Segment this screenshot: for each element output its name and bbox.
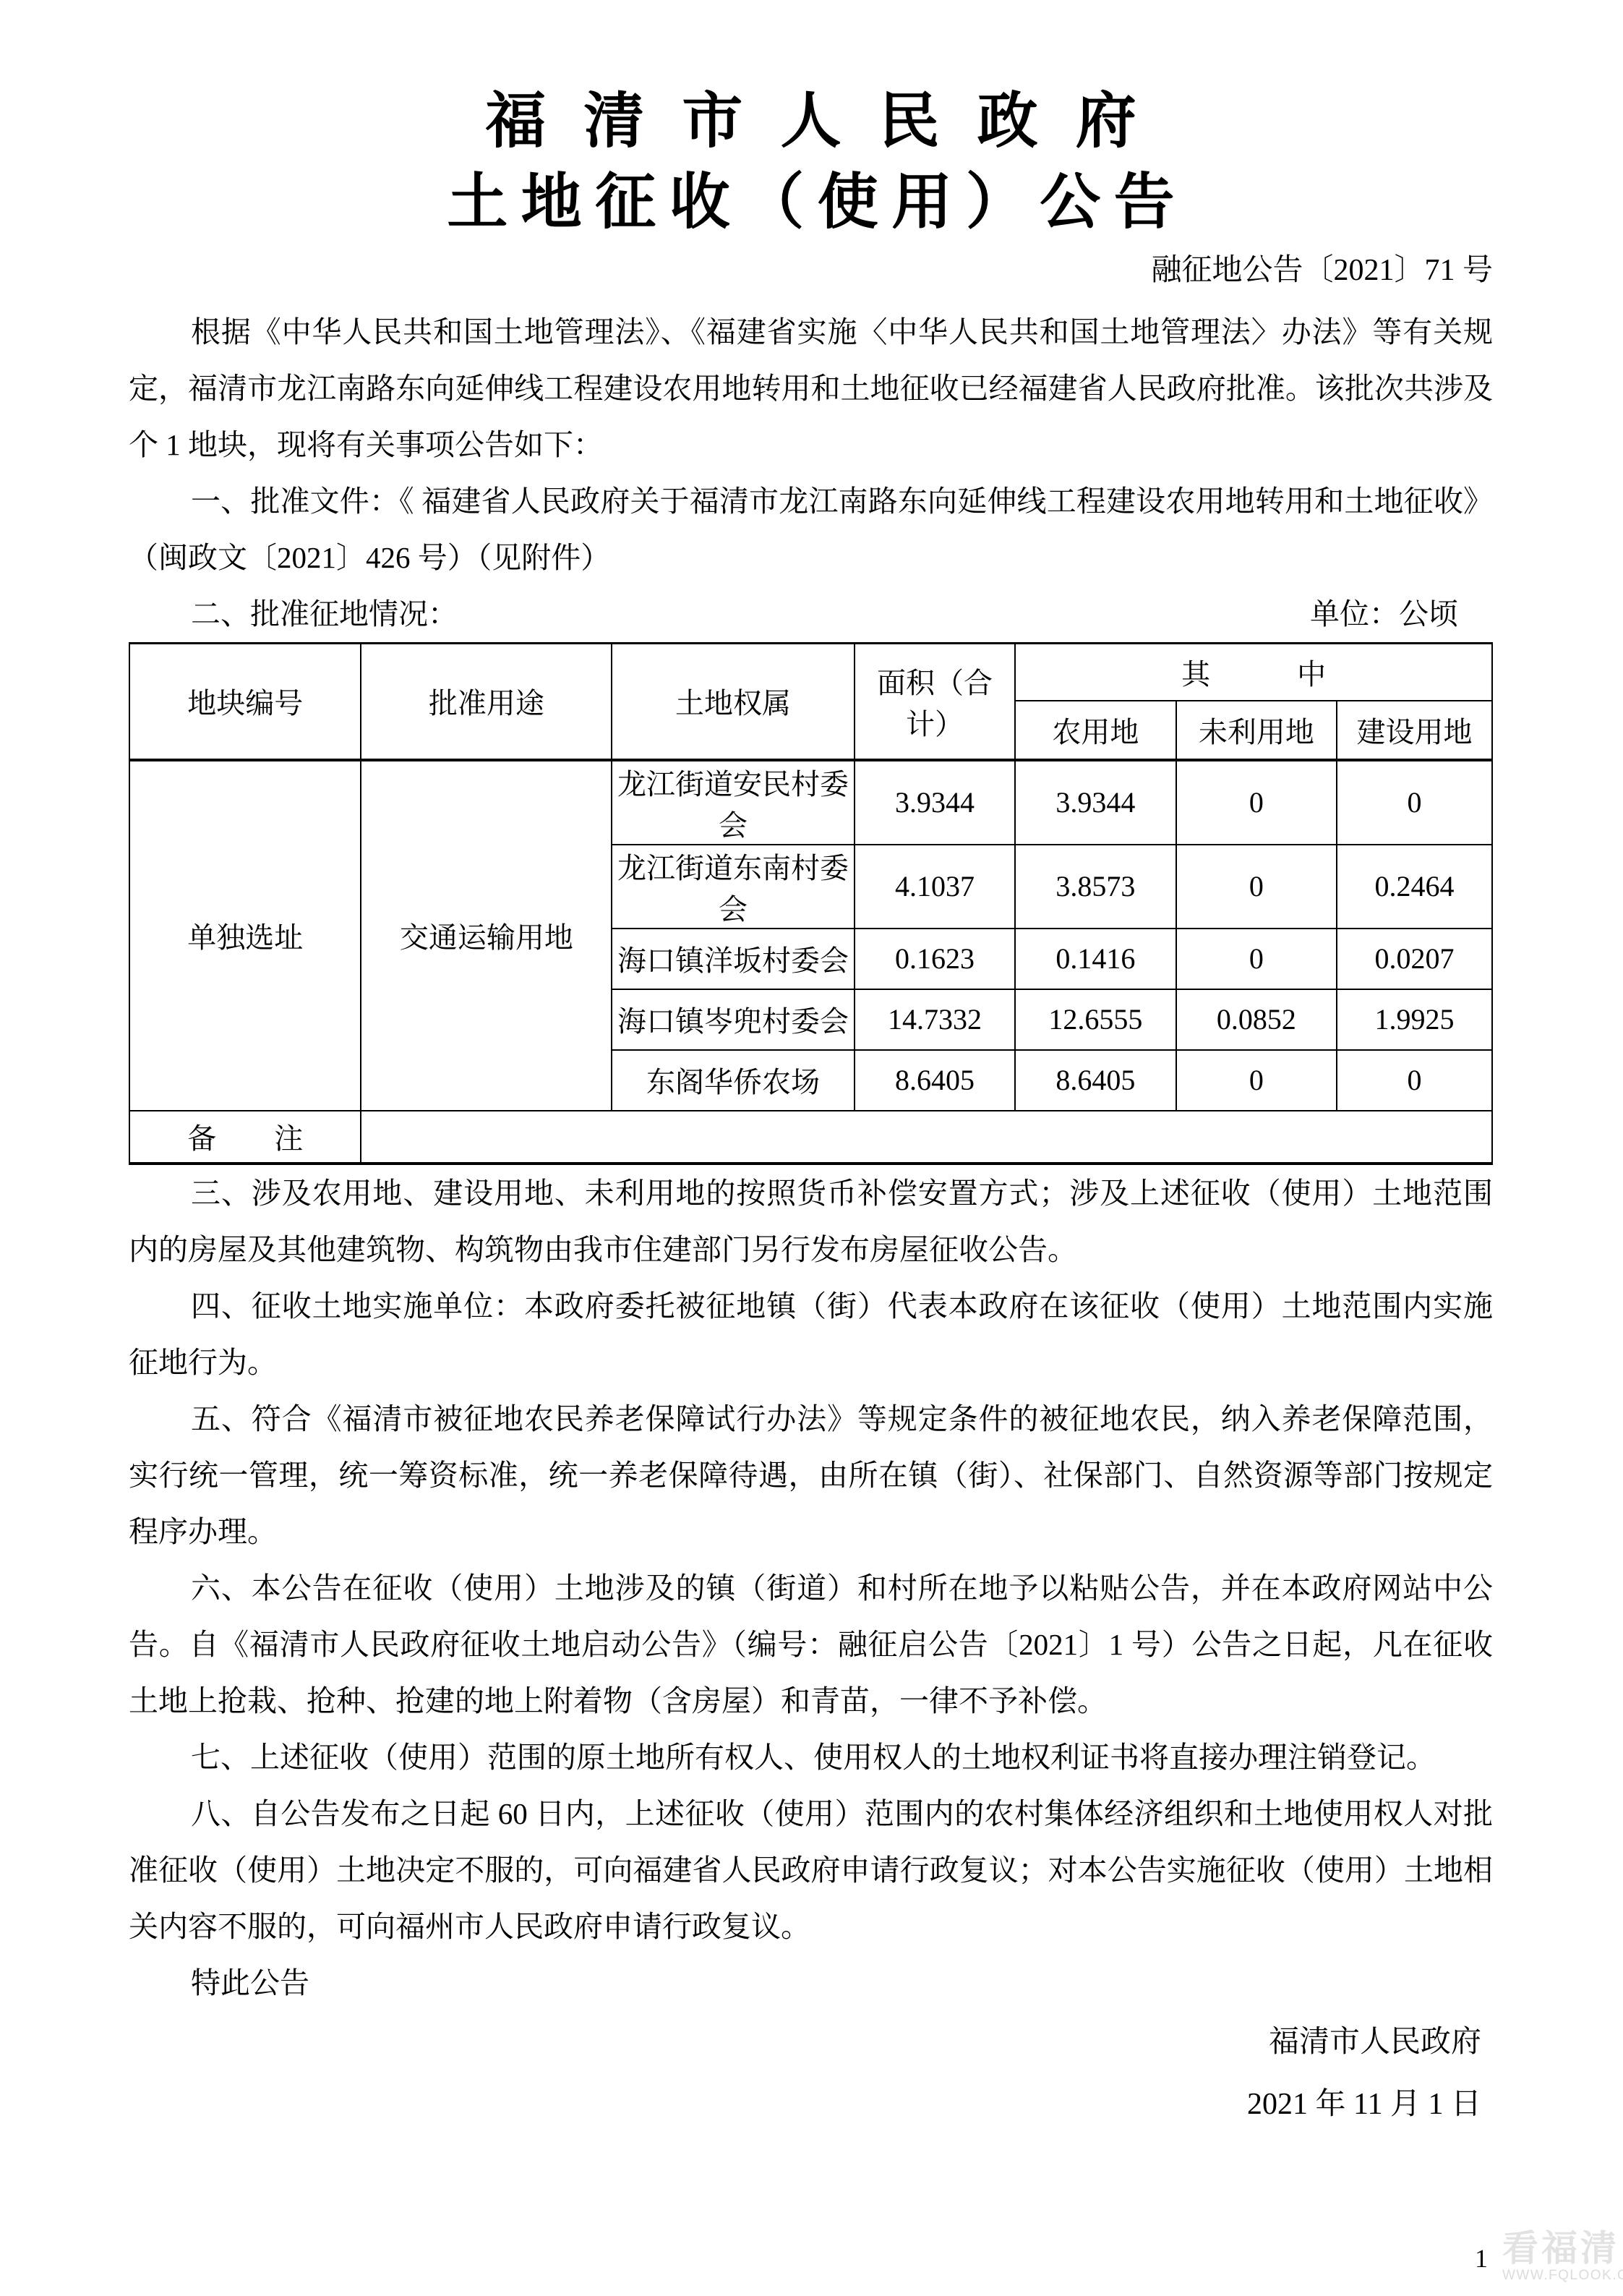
- cell-approved-use: 交通运输用地: [361, 760, 612, 1111]
- cell-unused: 0: [1176, 845, 1337, 929]
- cell-construction: 0.2464: [1337, 845, 1492, 929]
- page-title-announcement: 土地征收（使用）公告: [129, 163, 1493, 243]
- cell-owner: 海口镇洋坂村委会: [612, 929, 855, 989]
- cell-agri: 12.6555: [1015, 989, 1176, 1050]
- cell-total: 8.6405: [855, 1050, 1015, 1111]
- cell-unused: 0: [1176, 1050, 1337, 1111]
- cell-owner: 海口镇岑兜村委会: [612, 989, 855, 1050]
- col-header-area-total: 面积（合计）: [855, 644, 1015, 760]
- signature-date: 2021 年 11 月 1 日: [129, 2073, 1493, 2135]
- announcement-document-page: 福清市人民政府 土地征收（使用）公告 融征地公告〔2021〕71 号 根据《中华…: [0, 0, 1623, 2296]
- cell-total: 0.1623: [855, 929, 1015, 989]
- section2-label: 二、批准征地情况：: [129, 586, 458, 642]
- col-header-plot-id: 地块编号: [129, 644, 361, 760]
- land-requisition-table: 地块编号 批准用途 土地权属 面积（合计） 其 中 农用地 未利用地 建设用地 …: [129, 642, 1493, 1165]
- cell-agri: 3.9344: [1015, 760, 1176, 845]
- col-header-land-ownership: 土地权属: [612, 644, 855, 760]
- cell-unused: 0.0852: [1176, 989, 1337, 1050]
- paragraph-item4-implementing-unit: 四、征收土地实施单位：本政府委托被征地镇（街）代表本政府在该征收（使用）土地范围…: [129, 1278, 1493, 1391]
- col-header-among: 其 中: [1015, 644, 1492, 701]
- unit-note: 单位：公顷: [1310, 586, 1493, 642]
- cell-total: 3.9344: [855, 760, 1015, 845]
- cell-owner: 龙江街道安民村委会: [612, 760, 855, 845]
- section2-header-line: 二、批准征地情况： 单位：公顷: [129, 586, 1493, 642]
- cell-agri: 0.1416: [1015, 929, 1176, 989]
- cell-remark-value: [361, 1111, 1492, 1164]
- paragraph-item6-posting: 六、本公告在征收（使用）土地涉及的镇（街道）和村所在地予以粘贴公告，并在本政府网…: [129, 1560, 1493, 1729]
- paragraph-item1-approval-document: 一、批准文件：《 福建省人民政府关于福清市龙江南路东向延伸线工程建设农用地转用和…: [129, 473, 1493, 586]
- table-row: 单独选址 交通运输用地 龙江街道安民村委会 3.9344 3.9344 0 0: [129, 760, 1492, 845]
- cell-total: 4.1037: [855, 845, 1015, 929]
- cell-unused: 0: [1176, 760, 1337, 845]
- cell-owner: 东阁华侨农场: [612, 1050, 855, 1111]
- col-header-approved-use: 批准用途: [361, 644, 612, 760]
- cell-unused: 0: [1176, 929, 1337, 989]
- paragraph-item8-review: 八、自公告发布之日起 60 日内，上述征收（使用）范围内的农村集体经济组织和土地…: [129, 1785, 1493, 1955]
- paragraph-item7-certificates: 七、上述征收（使用）范围的原土地所有权人、使用权人的土地权利证书将直接办理注销登…: [129, 1729, 1493, 1785]
- cell-construction: 0: [1337, 760, 1492, 845]
- cell-owner: 龙江街道东南村委会: [612, 845, 855, 929]
- col-header-agricultural: 农用地: [1015, 701, 1176, 760]
- table-header-row-1: 地块编号 批准用途 土地权属 面积（合计） 其 中: [129, 644, 1492, 701]
- signature-issuer: 福清市人民政府: [129, 2011, 1493, 2073]
- page-number: 1: [1475, 2244, 1488, 2273]
- cell-total: 14.7332: [855, 989, 1015, 1050]
- paragraph-intro: 根据《中华人民共和国土地管理法》、《福建省实施〈中华人民共和国土地管理法〉办法》…: [129, 304, 1493, 473]
- document-number: 融征地公告〔2021〕71 号: [129, 247, 1493, 294]
- paragraph-closing: 特此公告: [129, 1955, 1493, 2011]
- paragraph-item5-pension: 五、符合《福清市被征地农民养老保障试行办法》等规定条件的被征地农民，纳入养老保障…: [129, 1391, 1493, 1560]
- paragraph-item3-compensation: 三、涉及农用地、建设用地、未利用地的按照货币补偿安置方式；涉及上述征收（使用）土…: [129, 1165, 1493, 1278]
- page-title-government: 福清市人民政府: [129, 81, 1493, 163]
- cell-construction: 0: [1337, 1050, 1492, 1111]
- watermark: 看福清 WWW.FQLOOK.COM: [1502, 2229, 1623, 2284]
- cell-agri: 8.6405: [1015, 1050, 1176, 1111]
- watermark-url: WWW.FQLOOK.COM: [1502, 2268, 1623, 2284]
- col-header-unused: 未利用地: [1176, 701, 1337, 760]
- cell-agri: 3.8573: [1015, 845, 1176, 929]
- cell-plot-id: 单独选址: [129, 760, 361, 1111]
- watermark-logo-text: 看福清: [1502, 2229, 1623, 2268]
- cell-construction: 1.9925: [1337, 989, 1492, 1050]
- cell-remark-label: 备 注: [129, 1111, 361, 1164]
- table-remark-row: 备 注: [129, 1111, 1492, 1164]
- cell-construction: 0.0207: [1337, 929, 1492, 989]
- col-header-construction: 建设用地: [1337, 701, 1492, 760]
